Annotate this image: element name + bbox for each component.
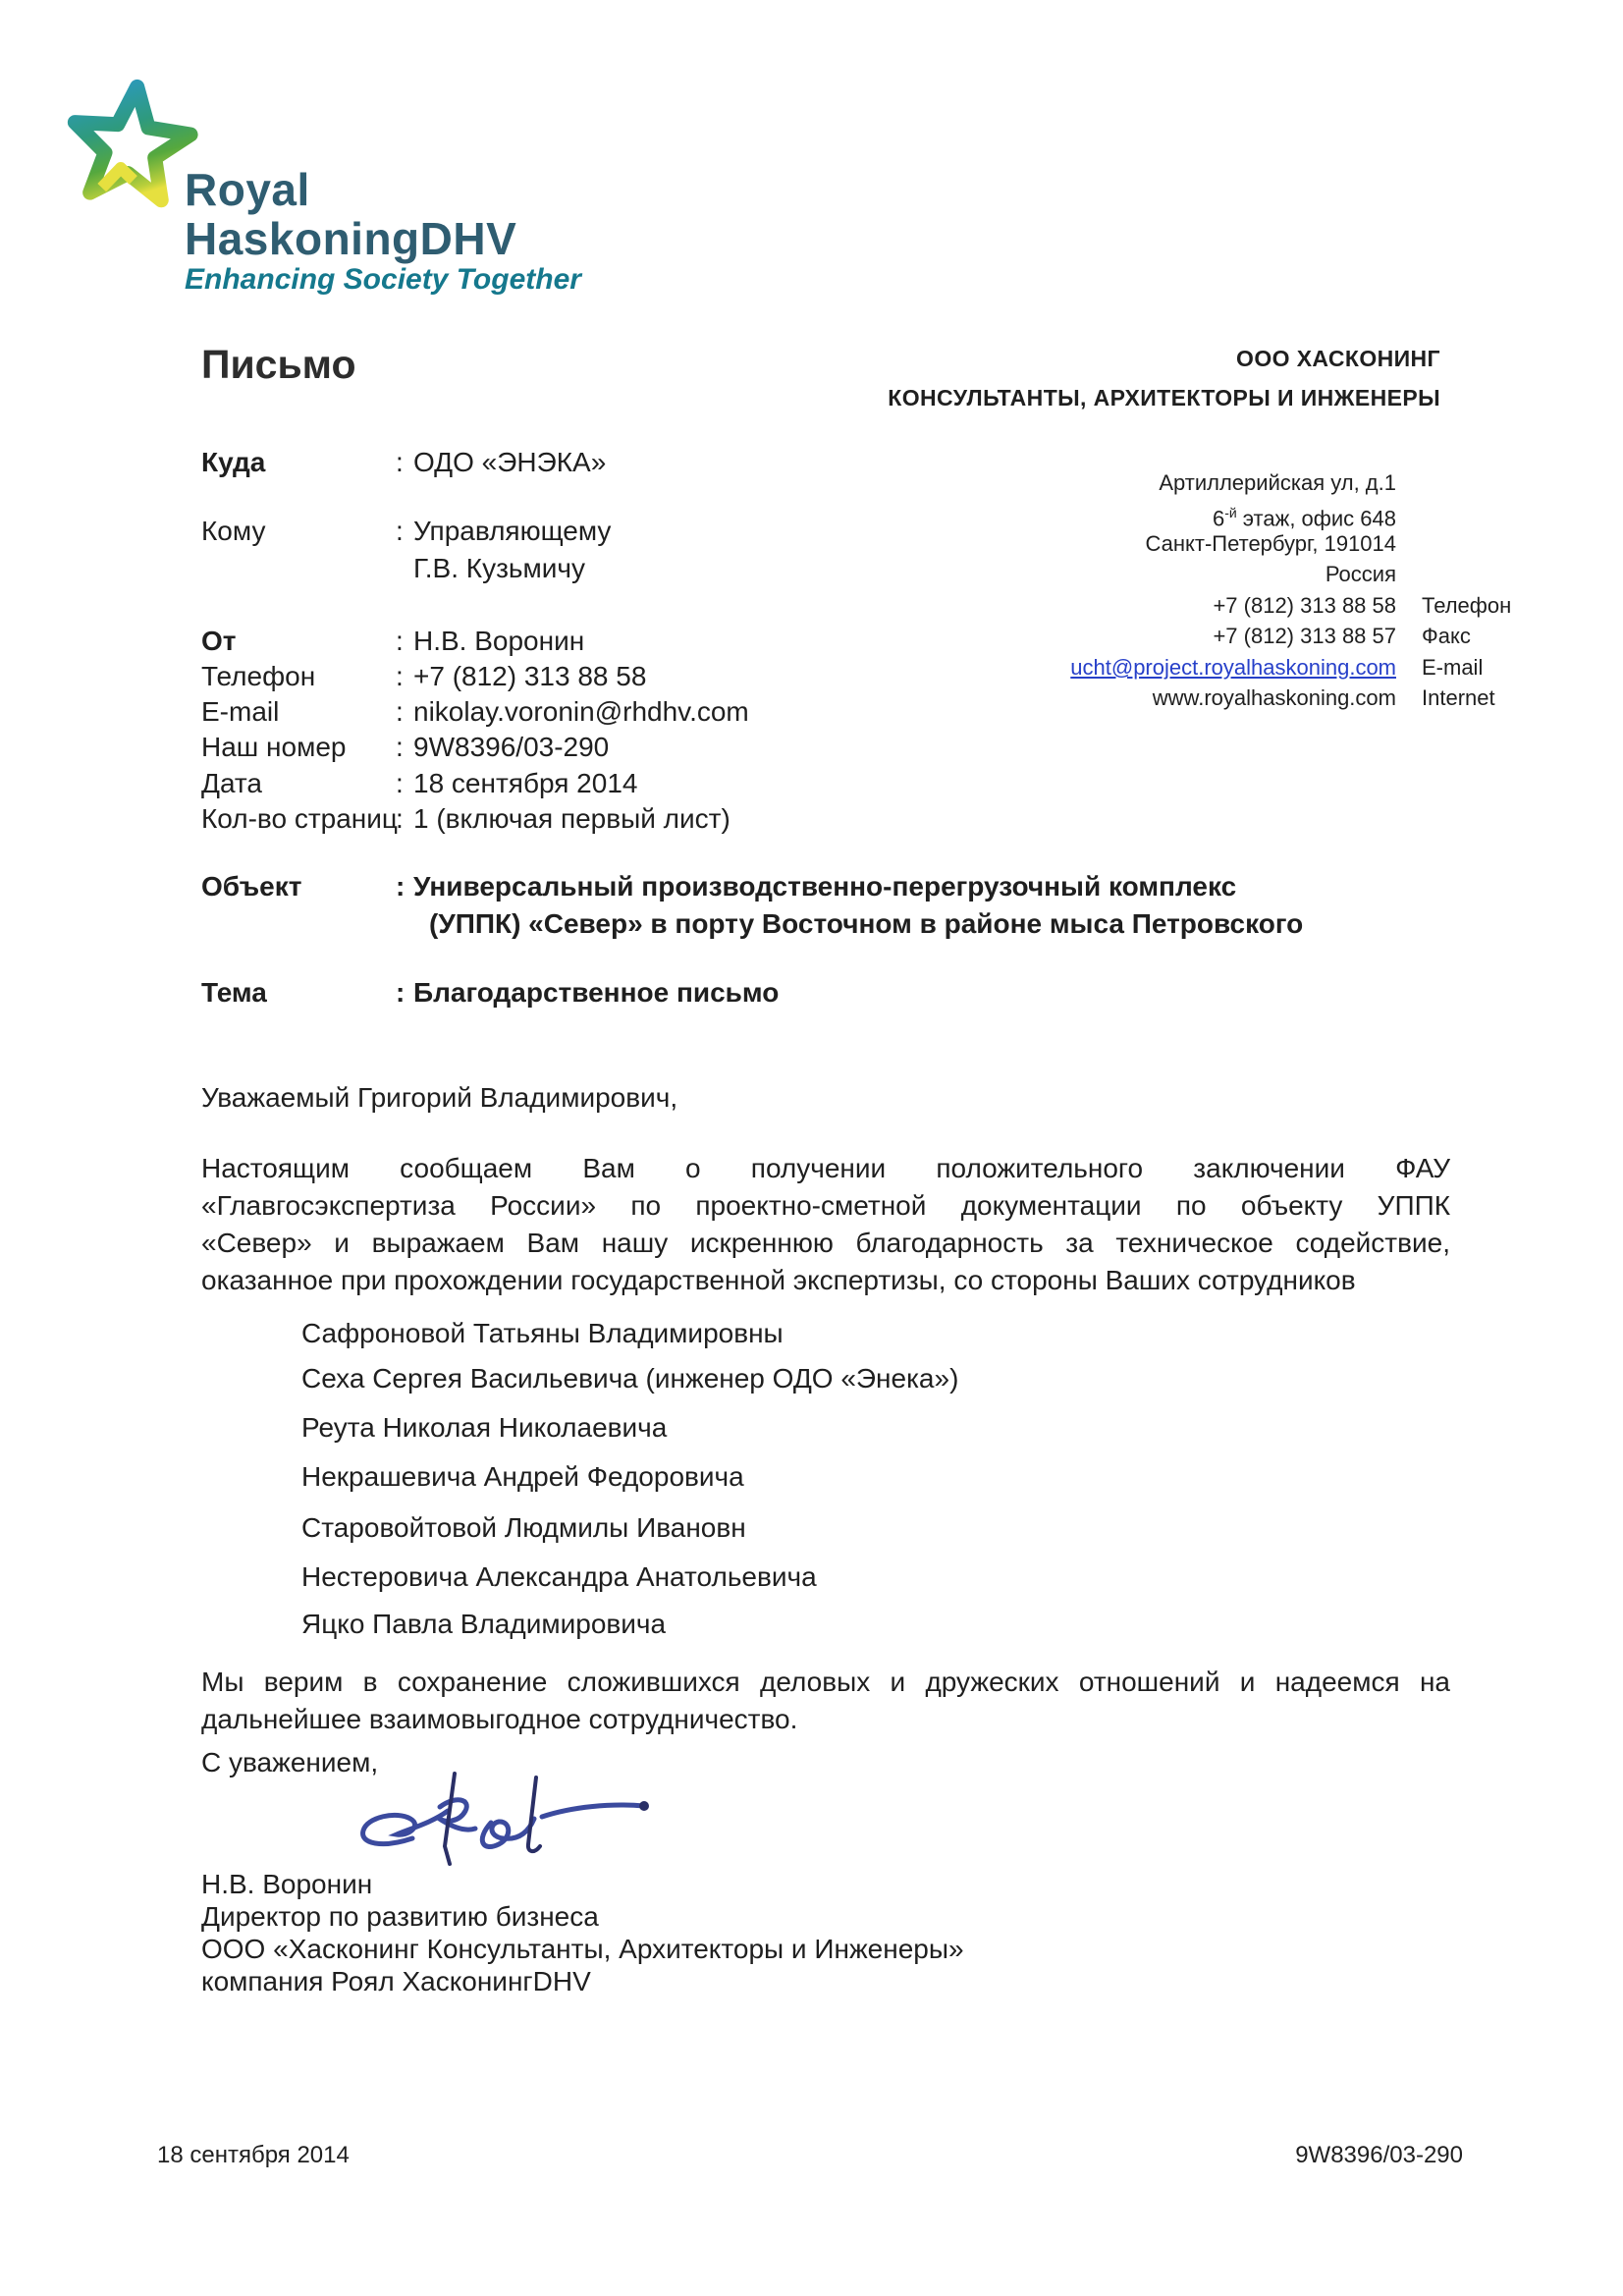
document-title: Письмо xyxy=(201,342,356,388)
contact-fax-label: Факс xyxy=(1422,623,1471,649)
field-value: Универсальный производственно-перегрузоч… xyxy=(413,871,1236,902)
field-colon: : xyxy=(396,800,413,837)
staff-name: Реута Николая Николаевича xyxy=(301,1409,667,1447)
staff-name: Старовойтовой Людмилы Ивановн xyxy=(301,1509,746,1547)
field-value: 18 сентября 2014 xyxy=(413,768,637,798)
signature-block: Н.В. Воронин Директор по развитию бизнес… xyxy=(201,1868,964,1997)
staff-name: Нестеровича Александра Анатольевича xyxy=(301,1558,817,1596)
field-value: Управляющему xyxy=(413,516,611,546)
footer-date: 18 сентября 2014 xyxy=(157,2142,350,2169)
field-value: Благодарственное письмо xyxy=(413,977,779,1008)
staff-name: Сеха Сергея Васильевича (инженер ОДО «Эн… xyxy=(301,1360,958,1397)
signer-title: Директор по развитию бизнеса xyxy=(201,1900,964,1933)
field-row-ot: От:Н.В. Воронин xyxy=(201,623,584,659)
paragraph-line: «Север» и выражаем Вам нашу искреннюю бл… xyxy=(201,1225,1450,1262)
field-row-pages: Кол-во страниц:1 (включая первый лист) xyxy=(201,800,730,837)
field-colon: : xyxy=(396,623,413,659)
footer-reference: 9W8396/03-290 xyxy=(1295,2142,1463,2169)
address-city: Санкт-Петербург, 191014 xyxy=(1146,530,1397,557)
field-label: Кол-во страниц xyxy=(201,800,396,837)
field-colon: : xyxy=(396,513,413,549)
field-label: E-mail xyxy=(201,693,396,730)
staff-name: Сафроновой Татьяны Владимировны xyxy=(301,1315,784,1352)
staff-name: Яцко Павла Владимировича xyxy=(301,1606,666,1643)
paragraph-line: Мы верим в сохранение сложившихся деловы… xyxy=(201,1664,1450,1701)
closing-line: С уважением, xyxy=(201,1744,378,1781)
field-label: Тема xyxy=(201,974,396,1011)
contact-internet-value: www.royalhaskoning.com xyxy=(1153,684,1396,711)
field-row-komu: Кому:Управляющему xyxy=(201,513,611,549)
address-floor-rest: этаж, офис 648 xyxy=(1237,506,1396,530)
letter-page: Royal HaskoningDHV Enhancing Society Tog… xyxy=(0,0,1623,2296)
contact-phone-label: Телефон xyxy=(1422,592,1511,619)
field-colon: : xyxy=(396,444,413,480)
signer-company-group: компания Роял ХасконингDHV xyxy=(201,1965,964,1997)
logo-brand-royal: Royal xyxy=(185,163,310,216)
field-row-obyekt: Объект:Универсальный производственно-пер… xyxy=(201,868,1236,904)
address-floor: 6-й этаж, офис 648 xyxy=(1213,500,1396,531)
field-value-line2: (УППК) «Север» в порту Восточном в район… xyxy=(429,905,1303,942)
field-colon: : xyxy=(396,974,413,1011)
company-name-line1: ООО ХАСКОНИНГ xyxy=(1236,346,1440,372)
handwritten-signature-image xyxy=(353,1768,677,1876)
logo-tagline: Enhancing Society Together xyxy=(185,263,581,297)
field-row-tema: Тема:Благодарственное письмо xyxy=(201,974,779,1011)
contact-internet-label: Internet xyxy=(1422,684,1495,711)
paragraph-line: «Главгосэкспертиза России» по проектно-с… xyxy=(201,1187,1450,1225)
field-row-telefon: Телефон:+7 (812) 313 88 58 xyxy=(201,658,646,694)
contact-email-link[interactable]: ucht@project.royalhaskoning.com xyxy=(1070,654,1396,681)
signer-name: Н.В. Воронин xyxy=(201,1868,964,1900)
field-label: От xyxy=(201,623,396,659)
field-value: +7 (812) 313 88 58 xyxy=(413,661,646,691)
field-label: Куда xyxy=(201,444,396,480)
paragraph-line: Настоящим сообщаем Вам о получении полож… xyxy=(201,1150,1450,1187)
contact-fax-value: +7 (812) 313 88 57 xyxy=(1213,623,1396,649)
contact-email-label: E-mail xyxy=(1422,654,1483,681)
address-country: Россия xyxy=(1325,561,1396,587)
address-floor-number: 6 xyxy=(1213,506,1224,530)
field-label: Наш номер xyxy=(201,729,396,765)
field-label: Кому xyxy=(201,513,396,549)
staff-name: Некрашевича Андрей Федоровича xyxy=(301,1458,744,1496)
field-value: Н.В. Воронин xyxy=(413,626,584,656)
greeting-line: Уважаемый Григорий Владимирович, xyxy=(201,1079,677,1117)
field-label: Объект xyxy=(201,868,396,904)
contact-phone-value: +7 (812) 313 88 58 xyxy=(1213,592,1396,619)
field-colon: : xyxy=(396,765,413,801)
field-colon: : xyxy=(396,868,413,904)
field-value: 9W8396/03-290 xyxy=(413,732,609,762)
field-colon: : xyxy=(396,729,413,765)
signer-company: ООО «Хасконинг Консультанты, Архитекторы… xyxy=(201,1933,964,1965)
field-row-email: E-mail:nikolay.voronin@rhdhv.com xyxy=(201,693,749,730)
field-value-line2: Г.В. Кузьмичу xyxy=(413,550,585,586)
logo-brand-haskoningdhv: HaskoningDHV xyxy=(185,212,516,265)
field-value: ОДО «ЭНЭКА» xyxy=(413,447,606,477)
address-floor-sup: -й xyxy=(1224,505,1236,520)
address-street: Артиллерийская ул, д.1 xyxy=(1159,469,1396,496)
field-value: 1 (включая первый лист) xyxy=(413,803,730,834)
body-paragraph-1: Настоящим сообщаем Вам о получении полож… xyxy=(201,1150,1450,1299)
field-label: Телефон xyxy=(201,658,396,694)
body-paragraph-2: Мы верим в сохранение сложившихся деловы… xyxy=(201,1664,1450,1738)
field-row-kuda: Куда:ОДО «ЭНЭКА» xyxy=(201,444,606,480)
field-row-nash-nomer: Наш номер:9W8396/03-290 xyxy=(201,729,609,765)
field-row-data: Дата:18 сентября 2014 xyxy=(201,765,637,801)
paragraph-line: оказанное при прохождении государственно… xyxy=(201,1262,1450,1299)
paragraph-line: дальнейшее взаимовыгодное сотрудничество… xyxy=(201,1701,1450,1738)
company-name-line2: КОНСУЛЬТАНТЫ, АРХИТЕКТОРЫ И ИНЖЕНЕРЫ xyxy=(888,385,1440,411)
field-colon: : xyxy=(396,693,413,730)
rhdhv-star-logo-icon xyxy=(57,79,204,226)
field-value: nikolay.voronin@rhdhv.com xyxy=(413,696,749,727)
field-label: Дата xyxy=(201,765,396,801)
field-colon: : xyxy=(396,658,413,694)
